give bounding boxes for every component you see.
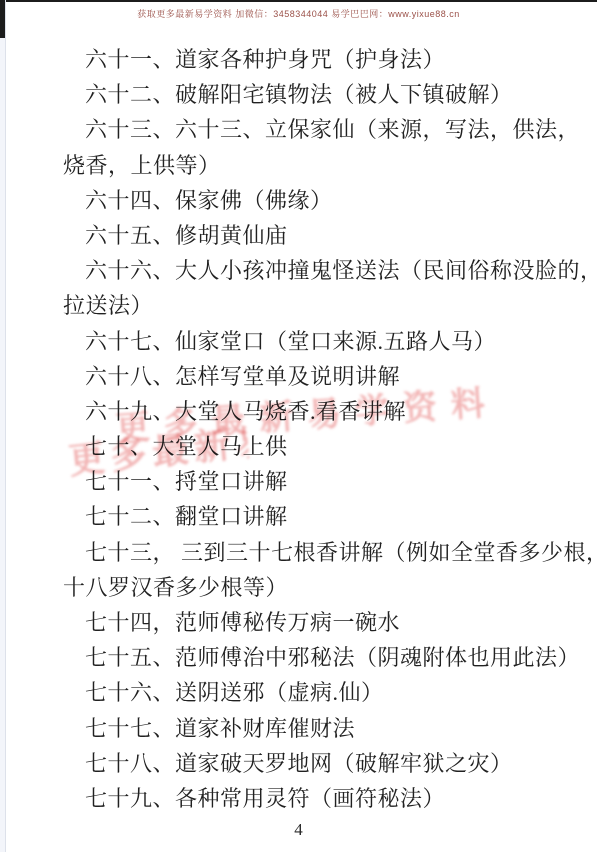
scan-edge-left	[0, 0, 6, 852]
toc-line: 七十六、送阴送邪（虚病.仙）	[63, 675, 545, 710]
toc-line: 拉送法）	[63, 288, 545, 323]
toc-line: 六十三、六十三、立保家仙（来源，写法，供法，	[63, 112, 545, 147]
toc-line: 七十八、道家破天罗地网（破解牢狱之灾）	[63, 746, 545, 781]
toc-line: 七十九、各种常用灵符（画符秘法）	[63, 781, 545, 816]
document-page: 获取更多最新易学资料 加微信：3458344044 易学巴巴网：www.yixu…	[0, 0, 597, 852]
toc-line: 七十、大堂人马上供	[63, 429, 545, 464]
toc-line: 七十四，范师傅秘传万病一碗水	[63, 605, 545, 640]
promo-header-text: 获取更多最新易学资料 加微信：3458344044 易学巴巴网：www.yixu…	[0, 7, 597, 20]
toc-line: 十八罗汉香多少根等）	[63, 570, 545, 605]
toc-list: 六十一、道家各种护身咒（护身法）六十二、破解阳宅镇物法（被人下镇破解）六十三、六…	[63, 42, 545, 816]
toc-line: 七十七、道家补财库催财法	[63, 711, 545, 746]
page-number: 4	[0, 820, 597, 840]
toc-line: 烧香，上供等）	[63, 148, 545, 183]
toc-line: 七十二、翻堂口讲解	[63, 499, 545, 534]
toc-line: 七十五、范师傅治中邪秘法（阴魂附体也用此法）	[63, 640, 545, 675]
toc-line: 六十四、保家佛（佛缘）	[63, 183, 545, 218]
toc-line: 六十一、道家各种护身咒（护身法）	[63, 42, 545, 77]
toc-line: 六十七、仙家堂口（堂口来源.五路人马）	[63, 324, 545, 359]
toc-line: 六十二、破解阳宅镇物法（被人下镇破解）	[63, 77, 545, 112]
scan-edge-top	[0, 0, 597, 2]
toc-line: 七十三， 三到三十七根香讲解（例如全堂香多少根，	[63, 535, 545, 570]
toc-line: 七十一、捋堂口讲解	[63, 464, 545, 499]
toc-line: 六十六、大人小孩冲撞鬼怪送法（民间俗称没脸的，	[63, 253, 545, 288]
toc-line: 六十九、大堂人马烧香.看香讲解	[63, 394, 545, 429]
toc-line: 六十五、修胡黄仙庙	[63, 218, 545, 253]
toc-line: 六十八、怎样写堂单及说明讲解	[63, 359, 545, 394]
